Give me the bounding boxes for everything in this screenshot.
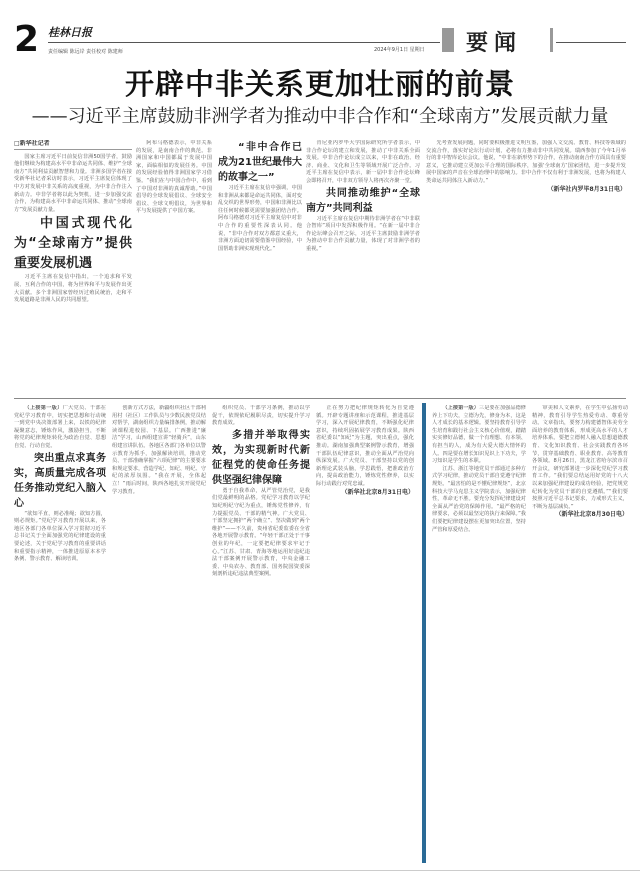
- lead-paragraph: 阿布马格德表示，中非关系的发展，是南南合作的典范。非洲国家和中国都属于发展中国家…: [136, 140, 212, 216]
- lead-dateline: （新华社内罗毕8月31日电）: [426, 186, 626, 194]
- lower-right-column-2: 审美和人文素养，在学生中弘扬劳动精神，教育引导学生热爱劳动、尊重劳动。文章指出，…: [532, 405, 628, 863]
- page-number: 2: [14, 22, 39, 58]
- article-paragraph: 江苏、浙江等地党员干部通过多种方式学习纪律，推动党员干部自觉遵守纪律规矩。“最害…: [432, 466, 526, 534]
- article-paragraph: 创新方式方法，新疆组织社区干部利用村（社区）工作队员与少数民族党员结对帮学，湖南…: [112, 405, 206, 496]
- article-paragraph: 勇于自我革命，从严管党治党，是我们党最鲜明的品格。党纪学习教育以学纪知纪明纪守纪…: [212, 488, 310, 579]
- article-subheading-1: 突出重点求真务实，高质量完成各项任务推动党纪入脑入心: [14, 451, 106, 511]
- lead-headline: 开辟中非关系更加壮丽的前景: [0, 62, 640, 103]
- lead-column-1: □新华社记者 国家主席习近平日前复信非洲50国学者，鼓励他们继续为构建高水平中非…: [14, 140, 132, 388]
- section-title: 要闻: [466, 26, 522, 57]
- masthead-rule: [48, 42, 440, 43]
- lower-left-column-3: 组织党员、干部学习条例，推动以学促干，依规依纪履职尽责，切实提升学习教育成效。 …: [212, 405, 310, 865]
- lead-paragraph: 习近平主席在复信中指出，一个追求和平发展、互利合作的中国，将为世界和平与发展作出…: [14, 274, 132, 304]
- lower-left-column-4: 正在努力把纪律规矩转化为自觉遵循。开辟专题讲座和示范课程，推进基层学习，深入开展…: [316, 405, 414, 865]
- article-paragraph: 正在努力把纪律规矩转化为自觉遵循。开辟专题讲座和示范课程，推进基层学习，深入开展…: [316, 405, 414, 489]
- lower-right-column-1: （上接第一版）三是要在加强品德修养上下功夫，立德为先，修身为本，这是人才成长的基…: [432, 405, 526, 863]
- page-bottom-rule: [0, 870, 640, 871]
- article-subheading-2: 多措并举取得实效，为实现新时代新征程党的使命任务提供坚强纪律保障: [212, 428, 310, 488]
- lead-subheadline: ——习近平主席鼓励非洲学者为推动中非合作和“全球南方”发展贡献力量: [0, 102, 640, 128]
- article-paragraph: 组织党员、干部学习条例，推动以学促干，依规依纪履职尽责，切实提升学习教育成效。: [212, 405, 310, 428]
- section-marker-right: [550, 28, 553, 52]
- continuation-label: （上接第一版）: [442, 405, 479, 411]
- masthead-right-rule: [556, 42, 626, 43]
- section-marker-left: [442, 28, 454, 52]
- lead-subheading-1: 中国式现代化为“全球南方”提供重要发展机遇: [14, 214, 132, 274]
- article-paragraph: 审美和人文素养，在学生中弘扬劳动精神，教育引导学生热爱劳动、尊重劳动。文章指出，…: [532, 405, 628, 511]
- lead-paragraph: 肯尼亚内罗毕大学国际研究所学者表示，中非合作论坛的建立和发展，推动了中非关系全面…: [306, 140, 420, 186]
- continuation-label: （上接第一版）: [24, 405, 62, 411]
- article-paragraph: （上接第一版）广大党员、干部在党纪学习教育中，切实把思想和行动统一到党中央决策部…: [14, 405, 106, 451]
- lead-column-2: 阿布马格德表示，中非关系的发展，是南南合作的典范。非洲国家和中国都属于发展中国家…: [136, 140, 212, 388]
- article-paragraph: “欲知平直，则必准绳；欲知方圆，则必规矩。”党纪学习教育开展以来，各地区各部门各…: [14, 511, 106, 564]
- lead-paragraph: 先考查发展问题，同时要积极推进文明互鉴，加强人文交流、教育、科技等领域的交流合作…: [426, 140, 626, 186]
- lead-subheading-3: 共同推动维护“全球南方”共同利益: [306, 186, 420, 216]
- lower-left-column-1: （上接第一版）广大党员、干部在党纪学习教育中，切实把思想和行动统一到党中央决策部…: [14, 405, 106, 865]
- issue-date: 2024年9月1日 星期日: [374, 46, 425, 53]
- lead-column-5: 先考查发展问题，同时要积极推进文明互鉴，加强人文交流、教育、科技等领域的交流合作…: [426, 140, 626, 395]
- lead-paragraph: 习近平主席在复信中期待非洲学者在“中非联合智库”项目中发挥积极作用。“在新一届中…: [306, 216, 420, 254]
- lead-column-4: 肯尼亚内罗毕大学国际研究所学者表示，中非合作论坛的建立和发展，推动了中非关系全面…: [306, 140, 420, 388]
- masthead: 2 桂林日报 责任编辑 陈远岸 责任校对 陈建师 2024年9月1日 星期日 要…: [14, 18, 626, 58]
- lead-subheading-2: “非中合作已成为21世纪最伟大的故事之一”: [218, 140, 302, 185]
- lower-left-column-2: 创新方式方法，新疆组织社区干部利用村（社区）工作队员与少数民族党员结对帮学，湖南…: [112, 405, 206, 865]
- paper-name: 桂林日报: [48, 24, 92, 40]
- article-paragraph: （上接第一版）三是要在加强品德修养上下功夫，立德为先，修身为本，这是人才成长的基…: [432, 405, 526, 466]
- lower-left-dateline: （新华社北京8月31日电）: [316, 489, 414, 497]
- lead-paragraph: 国家主席习近平日前复信非洲50国学者，鼓励他们继续为构建高水平中非命运共同体、维…: [14, 154, 132, 215]
- lead-paragraph: 习近平主席在复信中强调，中国和非洲从来都是命运共同体，面对变乱交织的世界形势，中…: [218, 185, 302, 253]
- byline: □新华社记者: [14, 140, 132, 150]
- section-divider: [14, 398, 626, 399]
- lead-column-3: “非中合作已成为21世纪最伟大的故事之一” 习近平主席在复信中强调，中国和非洲从…: [218, 140, 302, 388]
- lower-right-dateline: （新华社北京8月30日电）: [532, 511, 628, 519]
- editors-line: 责任编辑 陈远岸 责任校对 陈建师: [48, 48, 123, 55]
